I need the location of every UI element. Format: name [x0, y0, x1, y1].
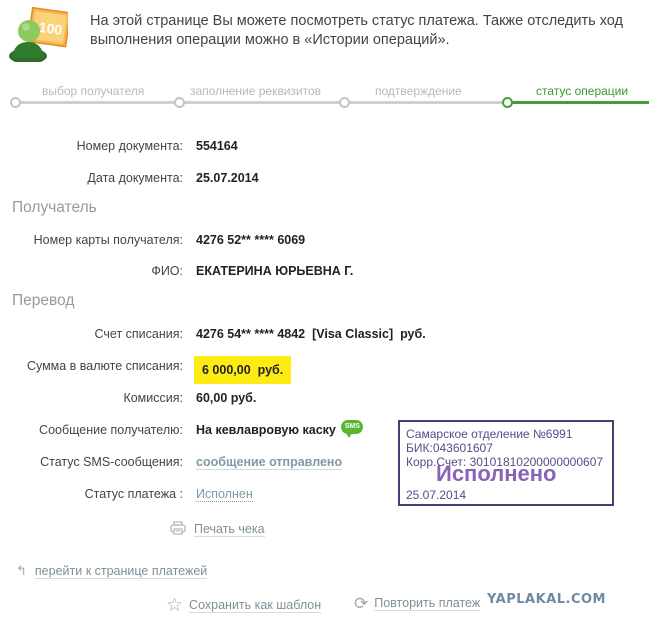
info-text: На этой странице Вы можете посмотреть ст… [90, 12, 630, 50]
step-operation-status: статус операции [536, 84, 628, 98]
transfer-section-title: Перевод [12, 292, 74, 310]
recipient-section-title: Получатель [12, 199, 97, 217]
fee-value: 60,00 руб. [196, 388, 256, 408]
bank-stamp: Самарское отделение №6991 БИК:043601607 … [398, 420, 614, 506]
recipient-name-row: ФИО: ЕКАТЕРИНА ЮРЬЕВНА Г. [0, 261, 649, 281]
stamp-bik: БИК:043601607 [406, 441, 606, 455]
recipient-card-value: 4276 52** **** 6069 [196, 230, 305, 250]
progress-track [16, 101, 506, 104]
repeat-icon: ⟳ [354, 594, 368, 613]
message-label: Сообщение получателю: [39, 420, 183, 440]
debit-account-label: Счет списания: [95, 324, 183, 344]
recipient-name-label: ФИО: [151, 261, 183, 281]
payment-status-label: Статус платежа : [85, 484, 183, 504]
svg-text:100: 100 [38, 19, 64, 38]
payment-status-icon: 100 [8, 4, 68, 62]
message-value: На кевлавровую каску [196, 423, 336, 437]
star-icon: ☆ [166, 595, 183, 616]
debit-account-row: Счет списания: 4276 54** **** 4842 [Visa… [0, 324, 649, 344]
step-select-recipient: выбор получателя [42, 84, 144, 98]
print-receipt-label: Печать чека [194, 522, 265, 537]
repeat-payment-label: Повторить платеж [374, 596, 480, 611]
document-number-value: 554164 [196, 136, 238, 156]
save-template-button[interactable]: ☆Сохранить как шаблон [166, 594, 321, 617]
document-date-value: 25.07.2014 [196, 168, 259, 188]
sms-icon: SMS [341, 420, 363, 434]
amount-label: Сумма в валюте списания: [27, 356, 183, 376]
repeat-payment-button[interactable]: ⟳Повторить платеж [354, 594, 480, 614]
document-date-row: Дата документа: 25.07.2014 [0, 168, 649, 188]
step-dot-4 [502, 97, 513, 108]
debit-account-value: 4276 54** **** 4842 [Visa Classic] руб. [196, 324, 426, 344]
recipient-card-label: Номер карты получателя: [34, 230, 183, 250]
watermark: YAPLAKAL.COM [487, 592, 606, 607]
amount-row: Сумма в валюте списания: 6 000,00 руб. [0, 356, 649, 376]
back-arrow-icon: ↰ [16, 563, 27, 578]
document-date-label: Дата документа: [87, 168, 183, 188]
fee-label: Комиссия: [123, 388, 183, 408]
step-dot-3 [339, 97, 350, 108]
step-dot-1 [10, 97, 21, 108]
document-number-row: Номер документа: 554164 [0, 136, 649, 156]
document-number-label: Номер документа: [77, 136, 183, 156]
stamp-date: 25.07.2014 [406, 488, 466, 502]
message-value-wrap: На кевлавровую каску SMS [196, 420, 363, 440]
stamp-status: Исполнено [436, 467, 556, 481]
amount-value: 6 000,00 руб. [194, 356, 291, 384]
save-template-label: Сохранить как шаблон [189, 598, 321, 613]
sms-status-link[interactable]: сообщение отправлено [196, 455, 342, 470]
recipient-name-value: ЕКАТЕРИНА ЮРЬЕВНА Г. [196, 261, 353, 281]
progress-track-active [506, 101, 649, 104]
stamp-branch: Самарское отделение №6991 [406, 427, 606, 441]
back-to-payments-label: перейти к странице платежей [35, 564, 207, 579]
payment-status-value[interactable]: Исполнен [196, 487, 253, 502]
fee-row: Комиссия: 60,00 руб. [0, 388, 649, 408]
print-receipt-button[interactable]: Печать чека [170, 520, 265, 538]
step-fill-details: заполнение реквизитов [190, 84, 321, 98]
step-dot-2 [174, 97, 185, 108]
recipient-card-row: Номер карты получателя: 4276 52** **** 6… [0, 230, 649, 250]
step-confirmation: подтверждение [375, 84, 462, 98]
back-to-payments-link[interactable]: ↰перейти к странице платежей [16, 562, 207, 580]
printer-icon [170, 521, 186, 535]
sms-status-label: Статус SMS-сообщения: [40, 452, 183, 472]
